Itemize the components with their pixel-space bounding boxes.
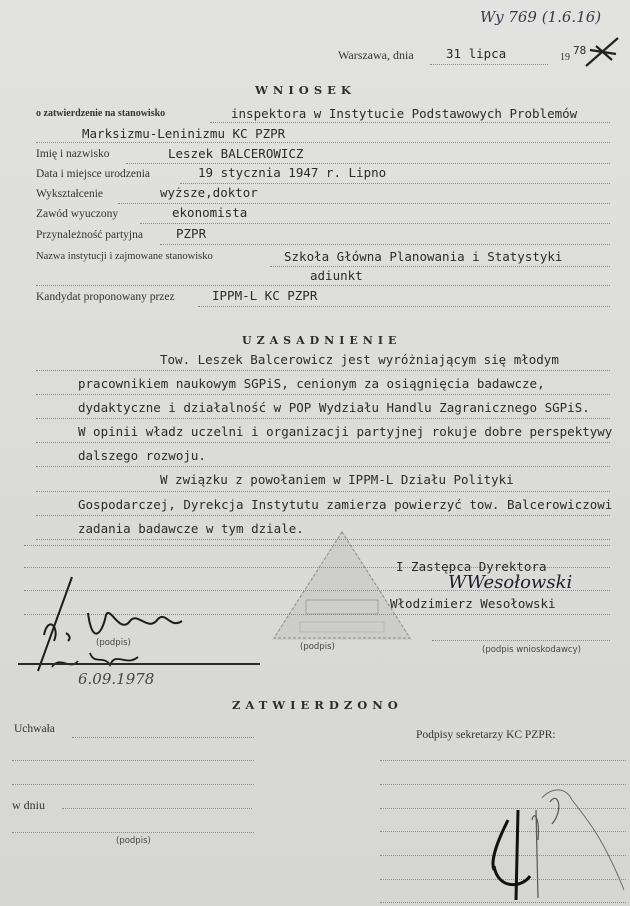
document-page: Wy 769 (1.6.16) Warszawa, dnia 31 lipca … — [0, 0, 630, 906]
approval-caption: (podpis) — [116, 836, 151, 846]
birth-label: Data i miejsce urodzenia — [36, 168, 150, 180]
proposer-label: Kandydat proponowany przez — [36, 291, 175, 303]
education-label: Wykształcenie — [36, 188, 103, 200]
justification-title: UZASADNIENIE — [242, 334, 401, 347]
resolution-label: Uchwała — [14, 723, 55, 735]
handwritten-signature-left — [30, 575, 190, 675]
left-signature-date: 6.09.1978 — [78, 670, 154, 688]
justification-line-2: pracownikiem naukowym SGPiS, cenionym za… — [78, 376, 545, 391]
applicant-signature-caption: (podpis wnioskodawcy) — [482, 645, 581, 655]
justification-line-5: dalszego rozwoju. — [78, 448, 206, 463]
justification-line-3: dydaktyczne i działalność w POP Wydziału… — [78, 400, 590, 415]
party-value: PZPR — [176, 226, 206, 241]
date-year-prefix: 19 — [560, 52, 570, 63]
secretaries-label: Podpisy sekretarzy KC PZPR: — [416, 729, 556, 741]
document-title: WNIOSEK — [255, 83, 356, 97]
institution-label: Nazwa instytucji i zajmowane stanowisko — [36, 251, 213, 262]
date-label: w dniu — [12, 798, 45, 813]
birth-value: 19 stycznia 1947 r. Lipno — [198, 165, 386, 180]
archive-mark: Wy 769 (1.6.16) — [480, 8, 601, 26]
profession-value: ekonomista — [172, 205, 247, 220]
profession-label: Zawód wyuczony — [36, 208, 118, 220]
justification-line-7: Gospodarczej, Dyrekcja Instytutu zamierz… — [78, 497, 612, 512]
date-day-month: 31 lipca — [446, 46, 506, 61]
justification-line-1: Tow. Leszek Balcerowicz jest wyróżniając… — [160, 352, 559, 367]
approval-title: ZATWIERDZONO — [232, 698, 403, 712]
institution-value: Szkoła Główna Planowania i Statystyki — [284, 249, 562, 264]
handwritten-signature-secretary — [478, 780, 628, 906]
position-label: o zatwierdzenie na stanowisko — [36, 108, 165, 119]
left-signature-caption: (podpis) — [96, 638, 131, 648]
justification-line-6: W związku z powołaniem w IPPM-L Działu P… — [160, 472, 514, 487]
position-value-2: Marksizmu-Leninizmu KC PZPR — [82, 126, 285, 141]
signer-name: Włodzimierz Wesołowski — [390, 596, 556, 611]
name-label: Imię i nazwisko — [36, 148, 109, 160]
institution-position: adiunkt — [310, 268, 363, 283]
party-label: Przynależność partyjna — [36, 229, 143, 241]
stamp-caption: (podpis) — [300, 642, 335, 652]
justification-line-4: W opinii władz uczelni i organizacji par… — [78, 424, 612, 439]
proposer-value: IPPM-L KC PZPR — [212, 288, 317, 303]
name-value: Leszek BALCEROWICZ — [168, 146, 303, 161]
crossed-mark-icon — [582, 34, 622, 70]
education-value: wyższe,doktor — [160, 185, 258, 200]
signer-signature: WWesołowski — [448, 572, 572, 593]
justification-line-8: zadania badawcze w tym dziale. — [78, 521, 304, 536]
position-value-1: inspektora w Instytucie Podstawowych Pro… — [231, 106, 577, 121]
stamp-outline-icon — [272, 530, 412, 642]
place-date-label: Warszawa, dnia — [338, 48, 414, 63]
